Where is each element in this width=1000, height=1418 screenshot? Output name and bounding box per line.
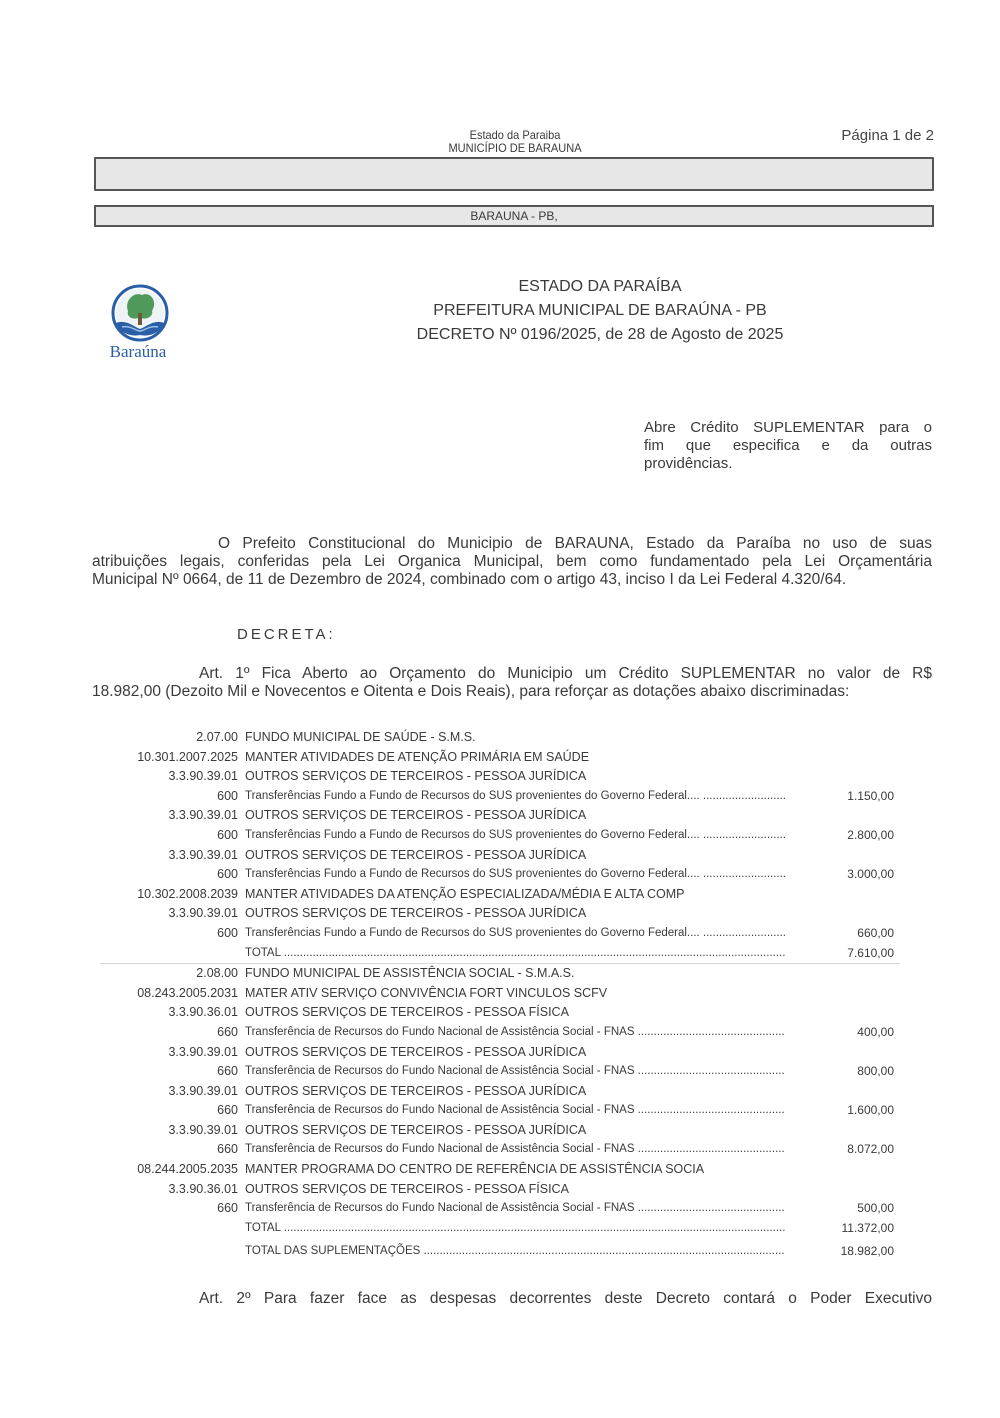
row-description: Transferências Fundo a Fundo de Recursos… <box>245 787 785 807</box>
table-row-source: 600Transferências Fundo a Fundo de Recur… <box>100 787 900 807</box>
header-box-location: BARAUNA - PB, <box>94 205 934 227</box>
row-description-text: MATER ATIV SERVIÇO CONVIVÊNCIA FORT VINC… <box>245 986 607 1000</box>
row-description-text: MANTER PROGRAMA DO CENTRO DE REFERÊNCIA … <box>245 1162 704 1176</box>
decree-summary: Abre Crédito SUPLEMENTAR para o fim que … <box>644 419 932 473</box>
row-code: 3.3.90.39.01 <box>168 846 238 866</box>
table-row-element: 3.3.90.39.01OUTROS SERVIÇOS DE TERCEIROS… <box>100 904 900 924</box>
row-code: 600 <box>217 924 238 944</box>
row-description: OUTROS SERVIÇOS DE TERCEIROS - PESSOA JU… <box>245 904 586 924</box>
row-code: 08.243.2005.2031 <box>137 984 238 1004</box>
row-code: 3.3.90.39.01 <box>168 767 238 787</box>
table-row-action: 08.243.2005.2031MATER ATIV SERVIÇO CONVI… <box>100 984 900 1004</box>
row-description: OUTROS SERVIÇOS DE TERCEIROS - PESSOA JU… <box>245 767 586 787</box>
row-description-text: Transferência de Recursos do Fundo Nacio… <box>245 1065 634 1077</box>
row-description-text: Transferências Fundo a Fundo de Recursos… <box>245 829 700 841</box>
row-code: 660 <box>217 1023 238 1043</box>
row-description-text: Transferência de Recursos do Fundo Nacio… <box>245 1104 634 1116</box>
title-prefeitura: PREFEITURA MUNICIPAL DE BARAÚNA - PB <box>300 302 900 320</box>
table-row-unit: 2.08.00FUNDO MUNICIPAL DE ASSISTÊNCIA SO… <box>100 963 900 984</box>
row-code: 2.08.00 <box>196 964 238 984</box>
article-1-line: 18.982,00 (Dezoito Mil e Novecentos e Oi… <box>92 683 932 701</box>
row-value: 800,00 <box>857 1062 894 1082</box>
row-description-text: TOTAL <box>245 947 281 959</box>
row-description: Transferências Fundo a Fundo de Recursos… <box>245 924 785 944</box>
row-code: 660 <box>217 1199 238 1219</box>
table-row-element: 3.3.90.36.01OUTROS SERVIÇOS DE TERCEIROS… <box>100 1180 900 1200</box>
title-decree-number: DECRETO Nº 0196/2025, de 28 de Agosto de… <box>300 326 900 344</box>
row-value: 400,00 <box>857 1023 894 1043</box>
row-description-text: OUTROS SERVIÇOS DE TERCEIROS - PESSOA JU… <box>245 808 586 822</box>
row-description-text: Transferências Fundo a Fundo de Recursos… <box>245 868 700 880</box>
row-description: MANTER PROGRAMA DO CENTRO DE REFERÊNCIA … <box>245 1160 704 1180</box>
dot-leader <box>634 1104 785 1116</box>
decree-summary-line: fim que especifica e da outras <box>644 437 932 455</box>
table-row-unit: 2.07.00FUNDO MUNICIPAL DE SAÚDE - S.M.S. <box>100 728 900 748</box>
row-description: MATER ATIV SERVIÇO CONVIVÊNCIA FORT VINC… <box>245 984 607 1004</box>
row-description-text: MANTER ATIVIDADES DA ATENÇÃO ESPECIALIZA… <box>245 887 684 901</box>
row-description-text: Transferências Fundo a Fundo de Recursos… <box>245 790 700 802</box>
table-row-action: 10.302.2008.2039MANTER ATIVIDADES DA ATE… <box>100 885 900 905</box>
row-code: 3.3.90.39.01 <box>168 1043 238 1063</box>
row-description-text: FUNDO MUNICIPAL DE SAÚDE - S.M.S. <box>245 730 476 744</box>
row-description: Transferência de Recursos do Fundo Nacio… <box>245 1101 785 1121</box>
row-description: Transferências Fundo a Fundo de Recursos… <box>245 826 785 846</box>
row-description: OUTROS SERVIÇOS DE TERCEIROS - PESSOA FÍ… <box>245 1003 569 1023</box>
table-row-source: 660Transferência de Recursos do Fundo Na… <box>100 1023 900 1043</box>
row-description-text: OUTROS SERVIÇOS DE TERCEIROS - PESSOA JU… <box>245 1045 586 1059</box>
row-description-text: OUTROS SERVIÇOS DE TERCEIROS - PESSOA JU… <box>245 906 586 920</box>
dot-leader <box>634 1202 785 1214</box>
dot-leader <box>634 1026 785 1038</box>
row-description-text: Transferência de Recursos do Fundo Nacio… <box>245 1143 634 1155</box>
dot-leader <box>634 1065 785 1077</box>
preamble-line: O Prefeito Constitucional do Municipio d… <box>92 535 932 553</box>
article-1-line: Art. 1º Fica Aberto ao Orçamento do Muni… <box>92 665 932 683</box>
row-value: 660,00 <box>857 924 894 944</box>
dot-leader <box>700 868 785 880</box>
row-code: 660 <box>217 1140 238 1160</box>
row-value: 7.610,00 <box>847 944 894 964</box>
table-row-source: 660Transferência de Recursos do Fundo Na… <box>100 1101 900 1121</box>
row-description-text: MANTER ATIVIDADES DE ATENÇÃO PRIMÁRIA EM… <box>245 750 589 764</box>
table-row-element: 3.3.90.39.01OUTROS SERVIÇOS DE TERCEIROS… <box>100 846 900 866</box>
row-description-text: TOTAL DAS SUPLEMENTAÇÕES <box>245 1245 420 1257</box>
row-code: 08.244.2005.2035 <box>137 1160 238 1180</box>
table-row-total: TOTAL11.372,00 <box>100 1219 900 1239</box>
row-value: 500,00 <box>857 1199 894 1219</box>
row-code: 10.301.2007.2025 <box>137 748 238 768</box>
dot-leader <box>700 927 785 939</box>
row-code: 3.3.90.36.01 <box>168 1003 238 1023</box>
row-value: 18.982,00 <box>841 1242 894 1262</box>
row-code: 3.3.90.39.01 <box>168 904 238 924</box>
row-description: FUNDO MUNICIPAL DE ASSISTÊNCIA SOCIAL - … <box>245 964 574 984</box>
row-description: Transferência de Recursos do Fundo Nacio… <box>245 1062 785 1082</box>
row-description-text: OUTROS SERVIÇOS DE TERCEIROS - PESSOA JU… <box>245 1084 586 1098</box>
row-value: 8.072,00 <box>847 1140 894 1160</box>
row-description-text: Transferências Fundo a Fundo de Recursos… <box>245 927 700 939</box>
row-code: 600 <box>217 787 238 807</box>
row-description: MANTER ATIVIDADES DA ATENÇÃO ESPECIALIZA… <box>245 885 684 905</box>
table-row-action: 10.301.2007.2025MANTER ATIVIDADES DE ATE… <box>100 748 900 768</box>
row-code: 3.3.90.39.01 <box>168 806 238 826</box>
table-row-element: 3.3.90.39.01OUTROS SERVIÇOS DE TERCEIROS… <box>100 1043 900 1063</box>
row-description: TOTAL <box>245 944 785 964</box>
table-row-grand-total: TOTAL DAS SUPLEMENTAÇÕES18.982,00 <box>100 1242 900 1262</box>
row-description: Transferência de Recursos do Fundo Nacio… <box>245 1199 785 1219</box>
dot-leader <box>281 947 785 959</box>
row-value: 3.000,00 <box>847 865 894 885</box>
table-row-action: 08.244.2005.2035MANTER PROGRAMA DO CENTR… <box>100 1160 900 1180</box>
row-value: 2.800,00 <box>847 826 894 846</box>
table-row-source: 600Transferências Fundo a Fundo de Recur… <box>100 924 900 944</box>
table-row-source: 600Transferências Fundo a Fundo de Recur… <box>100 826 900 846</box>
row-description-text: OUTROS SERVIÇOS DE TERCEIROS - PESSOA JU… <box>245 1123 586 1137</box>
row-value: 11.372,00 <box>842 1219 895 1239</box>
table-row-element: 3.3.90.39.01OUTROS SERVIÇOS DE TERCEIROS… <box>100 1082 900 1102</box>
table-row-source: 660Transferência de Recursos do Fundo Na… <box>100 1199 900 1219</box>
row-description: TOTAL <box>245 1219 785 1239</box>
title-state: ESTADO DA PARAÍBA <box>300 278 900 296</box>
row-value: 1.150,00 <box>847 787 894 807</box>
dot-leader <box>700 829 785 841</box>
row-description: TOTAL DAS SUPLEMENTAÇÕES <box>245 1242 785 1262</box>
row-description-text: OUTROS SERVIÇOS DE TERCEIROS - PESSOA FÍ… <box>245 1182 569 1196</box>
logo-text: Baraúna <box>100 342 176 362</box>
row-description-text: OUTROS SERVIÇOS DE TERCEIROS - PESSOA JU… <box>245 848 586 862</box>
table-row-element: 3.3.90.36.01OUTROS SERVIÇOS DE TERCEIROS… <box>100 1003 900 1023</box>
row-code: 3.3.90.36.01 <box>168 1180 238 1200</box>
row-code: 600 <box>217 865 238 885</box>
row-description: MANTER ATIVIDADES DE ATENÇÃO PRIMÁRIA EM… <box>245 748 589 768</box>
row-description-text: Transferência de Recursos do Fundo Nacio… <box>245 1202 634 1214</box>
row-code: 660 <box>217 1062 238 1082</box>
table-row-source: 660Transferência de Recursos do Fundo Na… <box>100 1140 900 1160</box>
dot-leader <box>420 1245 785 1257</box>
row-description-text: OUTROS SERVIÇOS DE TERCEIROS - PESSOA FÍ… <box>245 1005 569 1019</box>
budget-table: 2.07.00FUNDO MUNICIPAL DE SAÚDE - S.M.S.… <box>100 728 900 1262</box>
table-row-source: 600Transferências Fundo a Fundo de Recur… <box>100 865 900 885</box>
row-description: Transferência de Recursos do Fundo Nacio… <box>245 1023 785 1043</box>
row-code: 3.3.90.39.01 <box>168 1082 238 1102</box>
preamble: O Prefeito Constitucional do Municipio d… <box>92 535 932 589</box>
decree-summary-line: providências. <box>644 455 732 472</box>
dot-leader <box>634 1143 785 1155</box>
row-code: 3.3.90.39.01 <box>168 1121 238 1141</box>
table-row-total: TOTAL7.610,00 <box>100 944 900 964</box>
row-description-text: Transferência de Recursos do Fundo Nacio… <box>245 1026 634 1038</box>
row-description-text: OUTROS SERVIÇOS DE TERCEIROS - PESSOA JU… <box>245 769 586 783</box>
row-value: 1.600,00 <box>847 1101 894 1121</box>
row-description: OUTROS SERVIÇOS DE TERCEIROS - PESSOA JU… <box>245 846 586 866</box>
table-row-source: 660Transferência de Recursos do Fundo Na… <box>100 1062 900 1082</box>
page-indicator: Página 1 de 2 <box>841 127 934 144</box>
header-box-empty <box>94 157 934 191</box>
decree-summary-line: Abre Crédito SUPLEMENTAR para o <box>644 419 932 437</box>
decreta-heading: DECRETA: <box>237 626 336 643</box>
row-code: 10.302.2008.2039 <box>137 885 238 905</box>
article-2: Art. 2º Para fazer face as despesas deco… <box>199 1290 932 1308</box>
row-description: OUTROS SERVIÇOS DE TERCEIROS - PESSOA JU… <box>245 806 586 826</box>
table-row-element: 3.3.90.39.01OUTROS SERVIÇOS DE TERCEIROS… <box>100 767 900 787</box>
row-code: 600 <box>217 826 238 846</box>
row-code: 660 <box>217 1101 238 1121</box>
row-description: OUTROS SERVIÇOS DE TERCEIROS - PESSOA JU… <box>245 1082 586 1102</box>
row-description: Transferências Fundo a Fundo de Recursos… <box>245 865 785 885</box>
dot-leader <box>281 1222 785 1234</box>
row-description: OUTROS SERVIÇOS DE TERCEIROS - PESSOA JU… <box>245 1043 586 1063</box>
row-code: 2.07.00 <box>196 728 238 748</box>
row-description-text: FUNDO MUNICIPAL DE ASSISTÊNCIA SOCIAL - … <box>245 966 574 980</box>
preamble-line: atribuições legais, conferidas pela Lei … <box>92 553 932 571</box>
article-1: Art. 1º Fica Aberto ao Orçamento do Muni… <box>92 665 932 701</box>
table-row-element: 3.3.90.39.01OUTROS SERVIÇOS DE TERCEIROS… <box>100 806 900 826</box>
preamble-line: Municipal Nº 0664, de 11 de Dezembro de … <box>92 571 932 589</box>
dot-leader <box>700 790 785 802</box>
row-description: FUNDO MUNICIPAL DE SAÚDE - S.M.S. <box>245 728 476 748</box>
row-description: OUTROS SERVIÇOS DE TERCEIROS - PESSOA FÍ… <box>245 1180 569 1200</box>
row-description-text: TOTAL <box>245 1222 281 1234</box>
row-description: Transferência de Recursos do Fundo Nacio… <box>245 1140 785 1160</box>
row-description: OUTROS SERVIÇOS DE TERCEIROS - PESSOA JU… <box>245 1121 586 1141</box>
table-row-element: 3.3.90.39.01OUTROS SERVIÇOS DE TERCEIROS… <box>100 1121 900 1141</box>
